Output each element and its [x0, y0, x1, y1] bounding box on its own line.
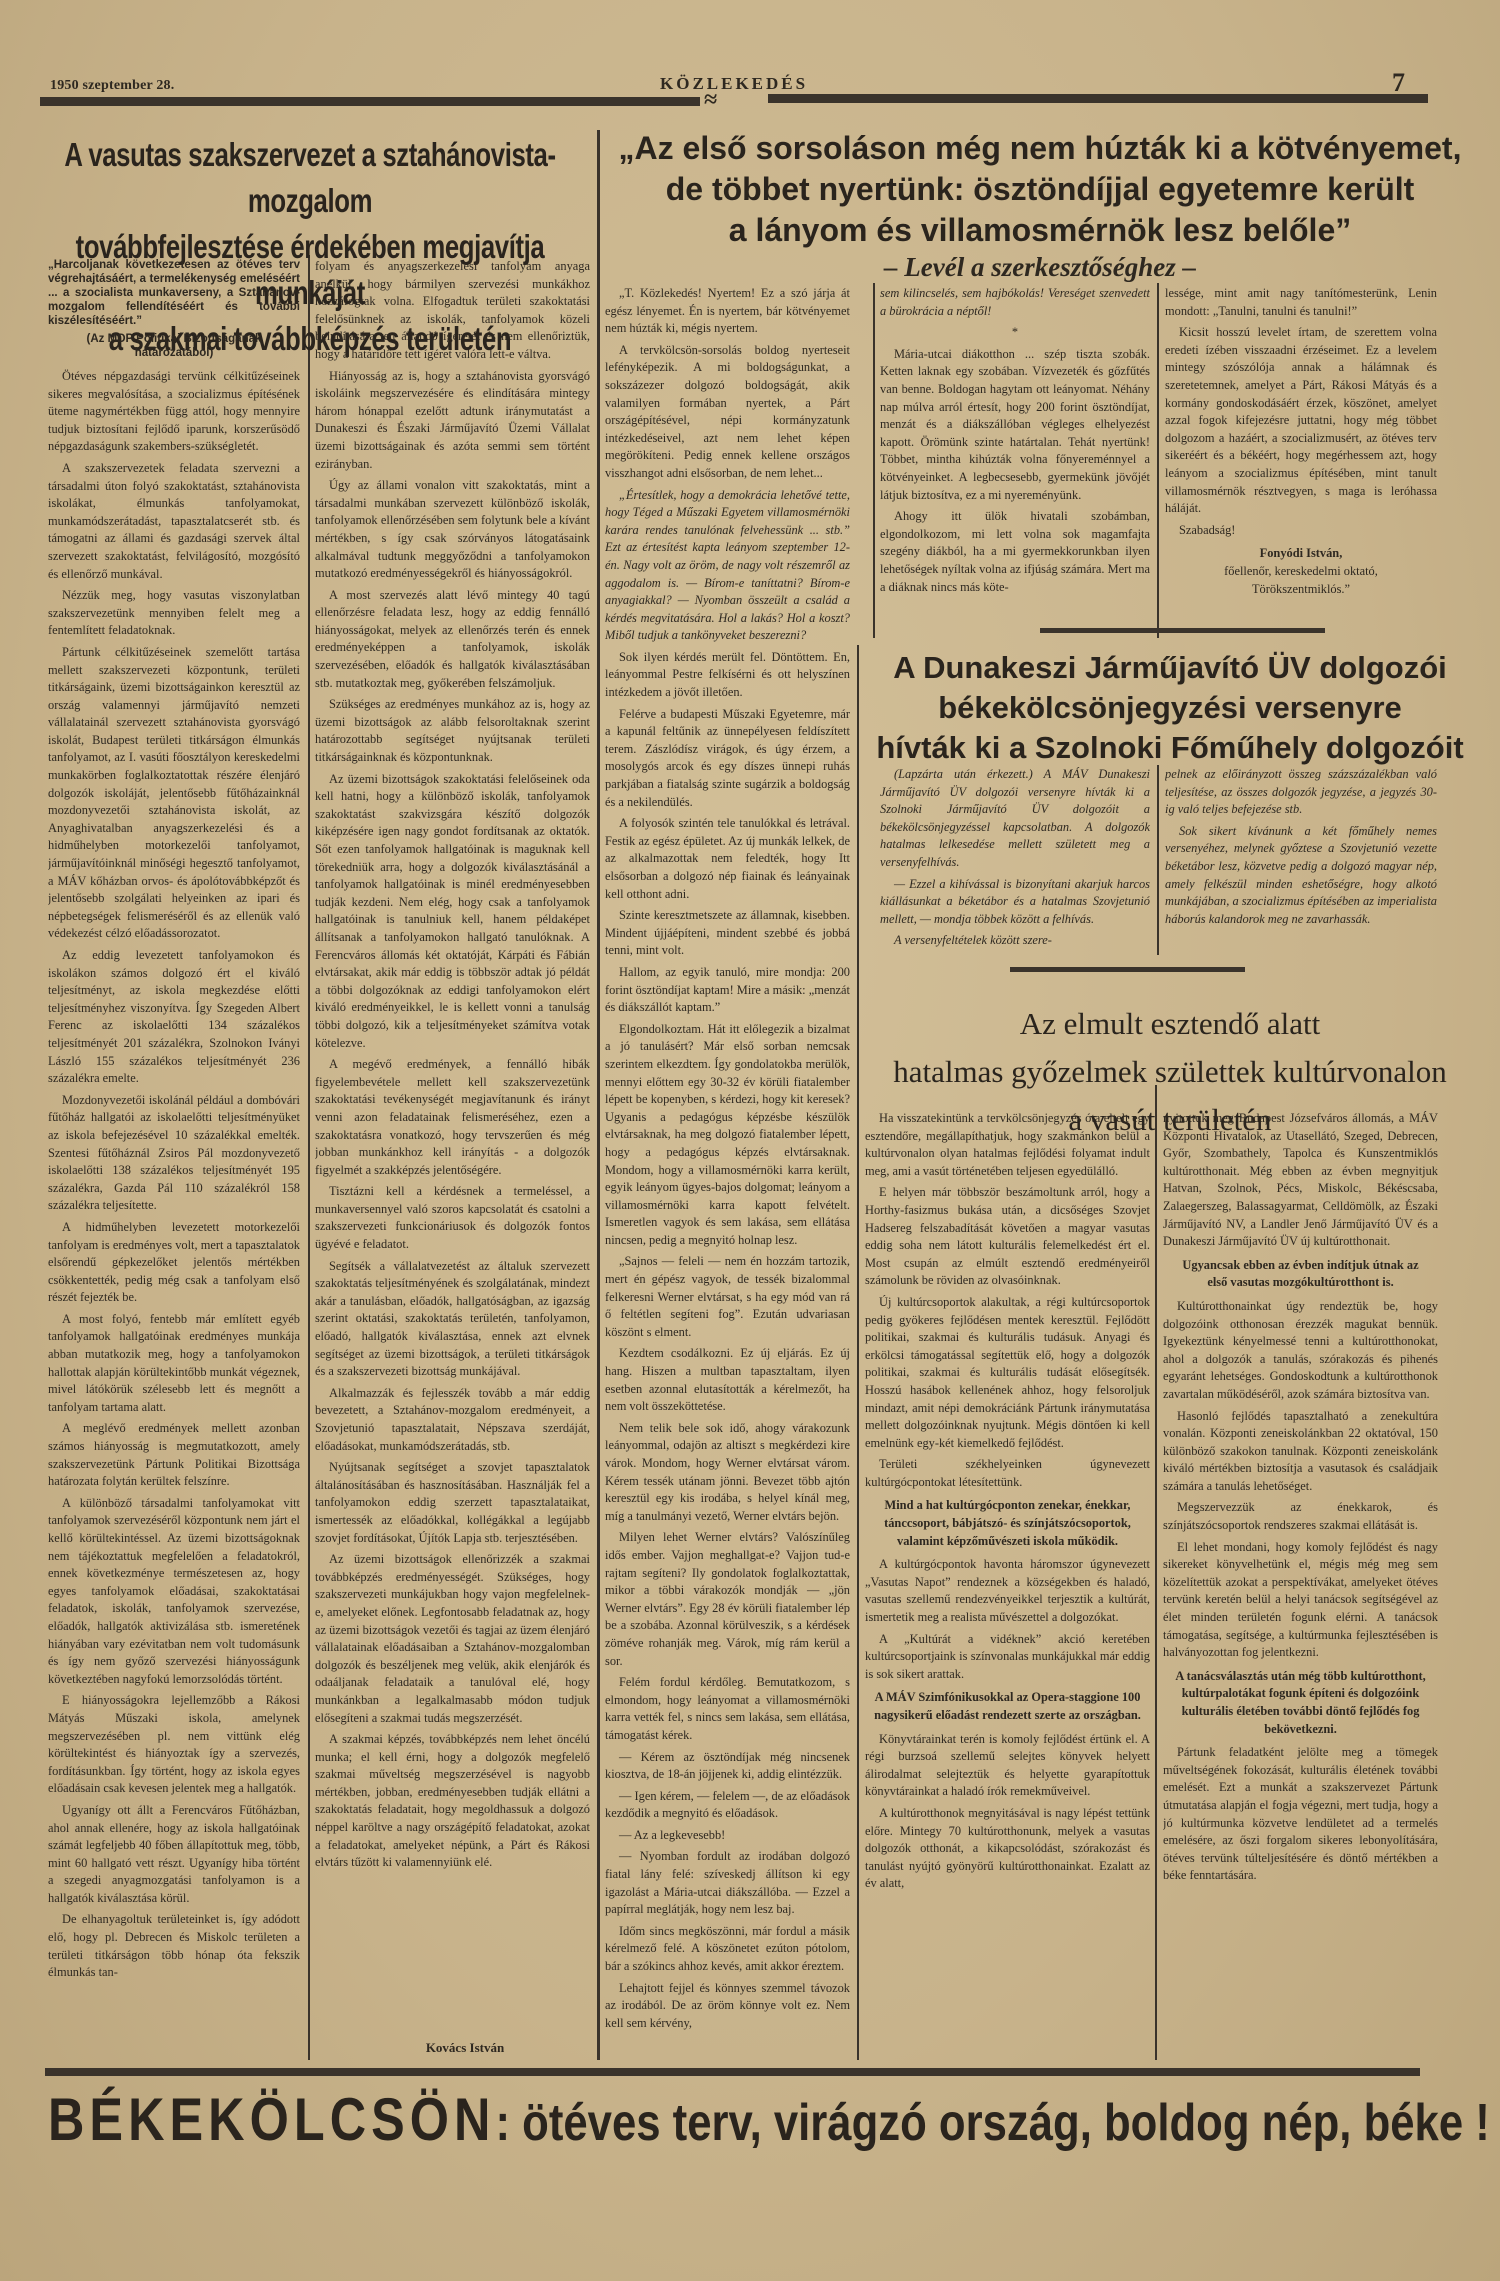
- paragraph: Segítsék a vállalatvezetést az általuk s…: [315, 1258, 590, 1381]
- article-headline-letter: „Az első sorsoláson még nem húzták ki a …: [610, 128, 1470, 251]
- paragraph: Az eddig levezetett tanfolyamokon és isk…: [48, 947, 300, 1088]
- paragraph: Úgy az állami vonalon vitt szakoktatás, …: [315, 477, 590, 583]
- highlight-box: A MÁV Szimfónikusokkal az Opera-staggion…: [873, 1689, 1142, 1724]
- article4-column-1: Ha visszatekintünk a tervkölcsönjegyzés …: [865, 1110, 1150, 2060]
- paragraph: E helyen már többször beszámoltunk arról…: [865, 1184, 1150, 1290]
- bottom-banner-slogan: BÉKEKÖLCSÖN: ötéves terv, virágzó ország…: [48, 2085, 1452, 2158]
- paragraph: Felérve a budapesti Műszaki Egyetemre, m…: [605, 706, 850, 812]
- article-subheadline: – Levél a szerkesztőséghez –: [610, 252, 1470, 283]
- paragraph: „Sajnos — feleli — nem én hozzám tartozi…: [605, 1253, 850, 1341]
- paragraph: A versenyfeltételek között szere-: [880, 932, 1150, 950]
- paragraph: Időm sincs megköszönni, már fordul a más…: [605, 1923, 850, 1976]
- paragraph: A most szervezés alatt lévő mintegy 40 t…: [315, 587, 590, 693]
- paragraph: De elhanyagoltuk területeinket is, így a…: [48, 1911, 300, 1981]
- paragraph: — Igen kérem, — felelem —, de az előadás…: [605, 1788, 850, 1823]
- paragraph: Sok sikert kívánunk a két főműhely nemes…: [1165, 823, 1437, 929]
- paragraph: Ha visszatekintünk a tervkölcsönjegyzés …: [865, 1110, 1150, 1180]
- article3-column-2: pelnek az előirányzott összeg százszázal…: [1165, 766, 1437, 966]
- letter-signature-name: Fonyódi István,: [1165, 545, 1437, 563]
- paragraph: Kezdtem csodálkozni. Ez új eljárás. Ez ú…: [605, 1345, 850, 1415]
- article1-column-2: folyam és anyagszerkezelési tanfolyam an…: [315, 258, 590, 2058]
- newspaper-title: KÖZLEKEDÉS: [660, 74, 808, 94]
- headline-line: A Dunakeszi Járműjavító ÜV dolgozói: [860, 648, 1480, 688]
- highlight-box: Ugyancsak ebben az évben indítjuk útnak …: [1171, 1257, 1430, 1292]
- banner-text: : ötéves terv, virágzó ország, boldog né…: [495, 2094, 1489, 2152]
- banner-rule: [45, 2068, 1420, 2076]
- paragraph: Nem telik bele sok idő, ahogy várakozunk…: [605, 1420, 850, 1526]
- highlight-box: Mind a hat kultúrgócponton zenekar, ének…: [873, 1497, 1142, 1550]
- paragraph: Milyen lehet Werner elvtárs? Valószínűle…: [605, 1529, 850, 1670]
- highlight-box: A tanácsválasztás után még több kultúrot…: [1171, 1668, 1430, 1738]
- headline-line: a lányom és villamosmérnök lesz belőle”: [610, 210, 1470, 251]
- paragraph: Új kultúrcsoportok alakultak, a régi kul…: [865, 1294, 1150, 1452]
- article4-column-2: nyitottuk meg Budapest Józsefváros állom…: [1163, 1110, 1438, 2060]
- paragraph: — Az a legkevesebb!: [605, 1827, 850, 1845]
- paragraph: A „Kultúrát a vidéknek” akció keretében …: [865, 1631, 1150, 1684]
- section-rule: [1040, 628, 1325, 633]
- column-divider: [308, 255, 310, 2060]
- paragraph: A kultúrotthonok megnyitásával is nagy l…: [865, 1805, 1150, 1893]
- paragraph: Mária-utcai diákotthon ... szép tiszta s…: [880, 346, 1150, 504]
- paragraph: Ugyanígy ott állt a Ferencváros Fűtőházb…: [48, 1802, 300, 1908]
- paragraph: — Ezzel a kihívással is bizonyítani akar…: [880, 876, 1150, 929]
- paragraph: A megévő eredmények, a fennálló hibák fi…: [315, 1056, 590, 1179]
- paragraph: — Kérem az ösztöndíjak még nincsenek kio…: [605, 1749, 850, 1784]
- paragraph: Szükséges az eredményes munkához az is, …: [315, 696, 590, 766]
- column-divider: [1157, 283, 1159, 638]
- paragraph: Megszervezzük az énekkarok, és színjátsz…: [1163, 1499, 1438, 1534]
- paragraph: A kultúrgócpontok havonta háromszor úgyn…: [865, 1556, 1150, 1626]
- paragraph: A tervkölcsön-sorsolás boldog nyerteseit…: [605, 342, 850, 483]
- column-divider: [1157, 765, 1159, 955]
- paragraph: (Lapzárta után érkezett.) A MÁV Dunakesz…: [880, 766, 1150, 872]
- paragraph: Szabadság!: [1165, 522, 1437, 540]
- paragraph: Kicsit hosszú levelet írtam, de szerette…: [1165, 324, 1437, 518]
- paragraph: folyam és anyagszerkezelési tanfolyam an…: [315, 258, 590, 364]
- headline-line: A vasutas szakszervezet a sztahánovista-…: [37, 132, 583, 224]
- paragraph: lessége, mint amit nagy tanítómesterünk,…: [1165, 285, 1437, 320]
- letter-signature-title: főellenőr, kereskedelmi oktató,: [1165, 563, 1437, 581]
- paragraph: A szakszervezetek feladata szervezni a t…: [48, 460, 300, 583]
- paragraph: El lehet mondani, hogy komoly fejlődést …: [1163, 1539, 1438, 1662]
- paragraph: Az üzemi bizottságok ellenőrizzék a szak…: [315, 1551, 590, 1727]
- paragraph: A folyosók szintén tele tanulókkal és le…: [605, 815, 850, 903]
- paragraph: — Nyomban fordult az irodában dolgozó fi…: [605, 1848, 850, 1918]
- column-divider: [1155, 1085, 1157, 2060]
- article2-column-1: „T. Közlekedés! Nyertem! Ez a szó járja …: [605, 285, 850, 2060]
- headline-line: „Az első sorsoláson még nem húzták ki a …: [610, 128, 1470, 169]
- paragraph: Alkalmazzák és fejlesszék tovább a már e…: [315, 1385, 590, 1455]
- paragraph: A szakmai képzés, továbbképzés nem lehet…: [315, 1731, 590, 1872]
- article1-column-1: „Harcoljanak következetesen az ötéves te…: [48, 258, 300, 2058]
- paragraph: nyitottuk meg Budapest Józsefváros állom…: [1163, 1110, 1438, 1251]
- paragraph: Ötéves népgazdasági tervünk célkitűzései…: [48, 368, 300, 456]
- paragraph: Hasonló fejlődés tapasztalható a zenekul…: [1163, 1408, 1438, 1496]
- paragraph: Nyújtsanak segítséget a szovjet tapaszta…: [315, 1459, 590, 1547]
- paragraph: Kultúrotthonainkat úgy rendeztük be, hog…: [1163, 1298, 1438, 1404]
- masthead-rule-left: [40, 97, 700, 106]
- masthead-rule-right: [768, 94, 1428, 103]
- article2-column-3: lessége, mint amit nagy tanítómesterünk,…: [1165, 285, 1437, 630]
- headline-line: hívták ki a Szolnoki Főműhely dolgozóit: [860, 728, 1480, 768]
- paragraph: Szinte keresztmetszete az államnak, kise…: [605, 907, 850, 960]
- paragraph: Területi székhelyeinken úgynevezett kult…: [865, 1456, 1150, 1491]
- paragraph: Lehajtott fejjel és könnyes szemmel távo…: [605, 1980, 850, 2033]
- paragraph: E hiányosságokra lejellemzőbb a Rákosi M…: [48, 1692, 300, 1798]
- paragraph: Mozdonyvezetői iskolánál például a dombó…: [48, 1092, 300, 1215]
- headline-line: hatalmas győzelmek születtek kultúrvonal…: [860, 1048, 1480, 1096]
- paragraph: Tisztázni kell a kérdésnek a termeléssel…: [315, 1183, 590, 1253]
- letter-signature-place: Törökszentmiklós.”: [1165, 581, 1437, 599]
- paragraph: Ahogy itt ülök hivatali szobámban, elgon…: [880, 508, 1150, 596]
- headline-line: de többet nyertünk: ösztöndíjjal egyetem…: [610, 169, 1470, 210]
- asterisk-separator: *: [880, 324, 1150, 342]
- paragraph: Nézzük meg, hogy vasutas viszonylatban s…: [48, 587, 300, 640]
- paragraph: Felém fordul kérdőleg. Bemutatkozom, s e…: [605, 1674, 850, 1744]
- paragraph: A különböző társadalmi tanfolyamokat vit…: [48, 1495, 300, 1689]
- paragraph: A meglévő eredmények mellett azonban szá…: [48, 1420, 300, 1490]
- wave-ornament-icon: ≈: [704, 90, 717, 110]
- column-divider: [873, 283, 875, 638]
- headline-line: Az elmult esztendő alatt: [860, 1000, 1480, 1048]
- article3-column-1: (Lapzárta után érkezett.) A MÁV Dunakesz…: [880, 766, 1150, 966]
- paragraph: Pártunk célkitűzéseinek szemelőtt tartás…: [48, 644, 300, 943]
- paragraph: Könyvtárainkat terén is komoly fejlődést…: [865, 1731, 1150, 1801]
- paragraph: „T. Közlekedés! Nyertem! Ez a szó járja …: [605, 285, 850, 338]
- column-divider: [857, 645, 859, 2060]
- epigraph-quote: „Harcoljanak következetesen az ötéves te…: [48, 258, 300, 328]
- issue-date: 1950 szeptember 28.: [50, 78, 174, 94]
- epigraph-source: (Az MDP Politikai Bizottságának határoza…: [48, 332, 300, 360]
- paragraph: Pártunk feladatként jelölte meg a tömege…: [1163, 1744, 1438, 1885]
- paragraph: Az üzemi bizottságok szakoktatási felelő…: [315, 771, 590, 1053]
- banner-lead: BÉKEKÖLCSÖN: [48, 2086, 495, 2153]
- paragraph: sem kilincselés, sem hajbókolás! Vereség…: [880, 285, 1150, 320]
- paragraph: Sok ilyen kérdés merült fel. Döntöttem. …: [605, 649, 850, 702]
- paragraph: A hidműhelyben levezetett motorkezelői t…: [48, 1219, 300, 1307]
- paragraph: Hiányosság az is, hogy a sztahánovista g…: [315, 368, 590, 474]
- author-signature: Kovács István: [340, 2040, 590, 2056]
- paragraph: A most folyó, fentebb már említett egyéb…: [48, 1311, 300, 1417]
- paragraph: Hallom, az egyik tanuló, mire mondja: 20…: [605, 964, 850, 1017]
- article-headline-dunakeszi: A Dunakeszi Járműjavító ÜV dolgozói béke…: [860, 648, 1480, 768]
- paragraph: Elgondolkoztam. Hát itt előlegezik a biz…: [605, 1021, 850, 1250]
- section-rule: [1010, 967, 1245, 972]
- headline-line: békekölcsönjegyzési versenyre: [860, 688, 1480, 728]
- paragraph: „Értesítlek, hogy a demokrácia lehetővé …: [605, 487, 850, 645]
- article2-column-2: sem kilincselés, sem hajbókolás! Vereség…: [880, 285, 1150, 635]
- column-divider-main: [597, 130, 600, 2060]
- paragraph: pelnek az előirányzott összeg százszázal…: [1165, 766, 1437, 819]
